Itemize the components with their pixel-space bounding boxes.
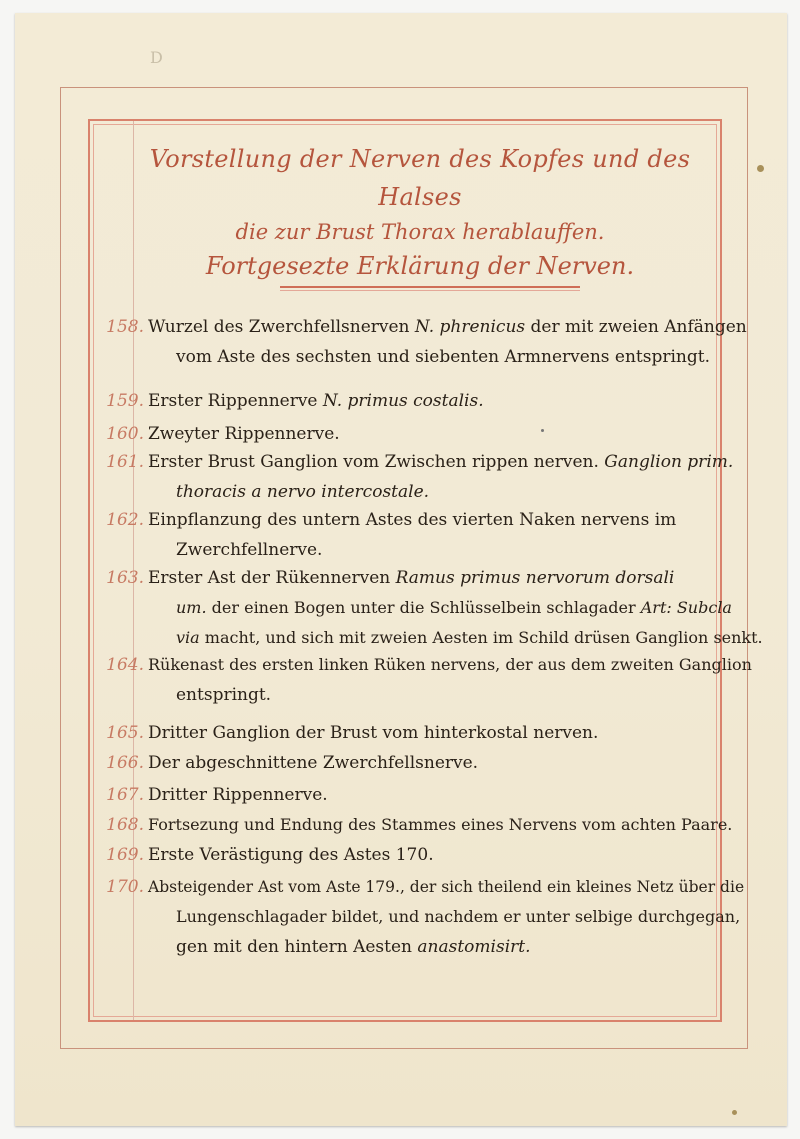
entry-number: 165. bbox=[100, 718, 144, 748]
entry-line: via macht, und sich mit zweien Aesten im… bbox=[176, 623, 763, 653]
entry-number: 166. bbox=[100, 748, 144, 778]
entry-line: Zweyter Rippennerve. bbox=[148, 419, 340, 449]
entry-number: 159. bbox=[100, 386, 144, 416]
paper-stain bbox=[541, 429, 544, 432]
page-title: Vorstellung der Nerven des Kopfes und de… bbox=[140, 140, 700, 284]
entry-line: entspringt. bbox=[176, 680, 271, 710]
entry-number: 161. bbox=[100, 447, 144, 477]
entry-line: Erster Rippennerve N. primus costalis. bbox=[148, 386, 484, 416]
entry-line: Lungenschlagader bildet, und nachdem er … bbox=[176, 902, 740, 932]
entry-number: 162. bbox=[100, 505, 144, 535]
entry-line: Fortsezung und Endung des Stammes eines … bbox=[148, 810, 732, 840]
entry-number: 163. bbox=[100, 563, 144, 593]
entry-line: Dritter Ganglion der Brust vom hinterkos… bbox=[148, 718, 598, 748]
entry-line: gen mit den hintern Aesten anastomisirt. bbox=[176, 932, 531, 962]
entry-number: 164. bbox=[100, 650, 144, 680]
entry-line: Zwerchfellnerve. bbox=[176, 535, 322, 565]
entry-number: 169. bbox=[100, 840, 144, 870]
entry-line: Der abgeschnittene Zwerchfellsnerve. bbox=[148, 748, 478, 778]
entry-line: um. der einen Bogen unter die Schlüsselb… bbox=[176, 593, 732, 623]
entry-number: 167. bbox=[100, 780, 144, 810]
entry-line: vom Aste des sechsten und siebenten Armn… bbox=[176, 342, 710, 372]
title-line-1: Vorstellung der Nerven des Kopfes und de… bbox=[140, 140, 700, 216]
corner-mark: D bbox=[150, 48, 163, 67]
entry-line: Einpflanzung des untern Astes des vierte… bbox=[148, 505, 676, 535]
entry-line: Erster Ast der Rükennerven Ramus primus … bbox=[148, 563, 674, 593]
entry-line: Rükenast des ersten linken Rüken nervens… bbox=[148, 650, 752, 680]
title-line-2: die zur Brust Thorax herablauffen. bbox=[140, 216, 700, 248]
entry-number: 170. bbox=[100, 872, 144, 902]
entry-line: thoracis a nervo intercostale. bbox=[176, 477, 429, 507]
title-line-3: Fortgesezte Erklärung der Nerven. bbox=[140, 248, 700, 284]
paper-stain bbox=[757, 165, 764, 172]
title-underline bbox=[280, 286, 580, 291]
entry-line: Erster Brust Ganglion vom Zwischen rippe… bbox=[148, 447, 733, 477]
entry-number: 160. bbox=[100, 419, 144, 449]
paper-stain bbox=[732, 1110, 737, 1115]
entry-line: Erste Verästigung des Astes 170. bbox=[148, 840, 434, 870]
entry-number: 158. bbox=[100, 312, 144, 342]
entry-line: Absteigender Ast vom Aste 179., der sich… bbox=[148, 872, 744, 902]
entry-number: 168. bbox=[100, 810, 144, 840]
entry-line: Wurzel des Zwerchfellsnerven N. phrenicu… bbox=[148, 312, 747, 342]
entry-line: Dritter Rippennerve. bbox=[148, 780, 328, 810]
